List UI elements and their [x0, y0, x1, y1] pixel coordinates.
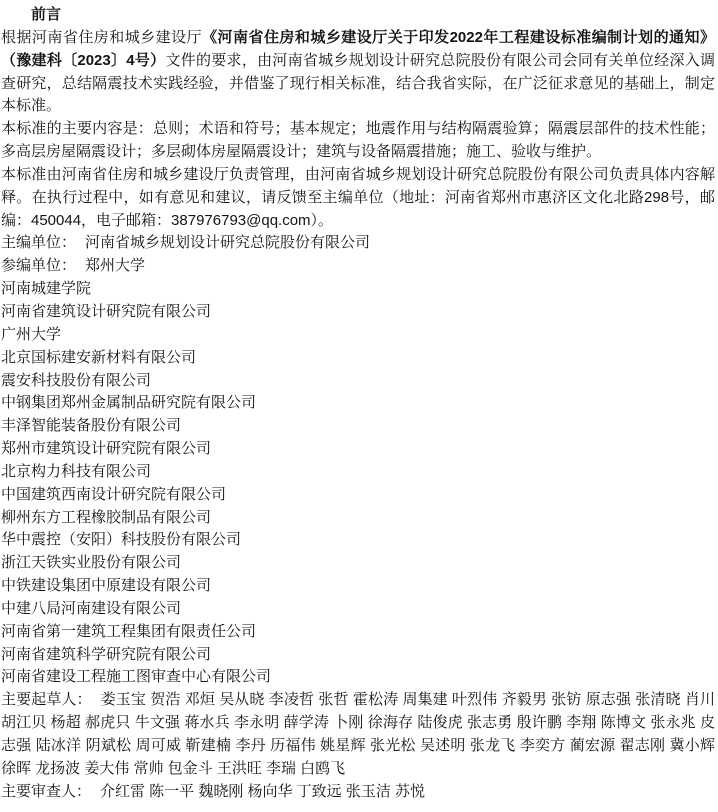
reviewers-label: 主要审查人：: [1, 783, 91, 800]
participating-unit-line: 浙江天铁实业股份有限公司: [1, 552, 715, 575]
chief-editor-unit-line: 主编单位：河南省城乡规划设计研究总院股份有限公司: [1, 232, 715, 255]
participating-unit-line: 河南城建学院: [1, 278, 715, 301]
paragraph-notice-pre: 根据河南省住房和城乡建设厅: [1, 29, 202, 46]
participating-unit-line: 震安科技股份有限公司: [1, 370, 715, 393]
participating-unit-line: 北京构力科技有限公司: [1, 461, 715, 484]
participating-unit-line: 郑州市建筑设计研究院有限公司: [1, 438, 715, 461]
participating-unit-line: 中国建筑西南设计研究院有限公司: [1, 484, 715, 507]
participating-unit-line: 中铁建设集团中原建设有限公司: [1, 575, 715, 598]
paragraph-contents: 本标准的主要内容是：总则；术语和符号；基本规定；地震作用与结构隔震验算；隔震层部…: [1, 118, 715, 164]
participating-unit-line: 丰泽智能装备股份有限公司: [1, 415, 715, 438]
participating-unit-line: 柳州东方工程橡胶制品有限公司: [1, 507, 715, 530]
reviewers-names: 介红雷 陈一平 魏晓刚 杨向华 丁致远 张玉洁 苏悦: [100, 783, 425, 800]
chief-editor-unit-label: 主编单位：: [1, 234, 76, 251]
drafters-label: 主要起草人：: [1, 691, 92, 708]
participating-units-first-value: 郑州大学: [85, 257, 145, 274]
paragraph-notice: 根据河南省住房和城乡建设厅《河南省住房和城乡建设厅关于印发2022年工程建设标准…: [1, 27, 715, 118]
participating-units-list: 河南城建学院河南省建筑设计研究院有限公司广州大学北京国标建安新材料有限公司震安科…: [1, 278, 715, 689]
participating-unit-line: 北京国标建安新材料有限公司: [1, 347, 715, 370]
participating-units-head-line: 参编单位：郑州大学: [1, 255, 715, 278]
reviewers-line: 主要审查人：介红雷 陈一平 魏晓刚 杨向华 丁致远 张玉洁 苏悦: [1, 781, 715, 804]
participating-unit-line: 中建八局河南建设有限公司: [1, 598, 715, 621]
participating-unit-line: 中钢集团郑州金属制品研究院有限公司: [1, 392, 715, 415]
paragraph-management: 本标准由河南省住房和城乡建设厅负责管理，由河南省城乡规划设计研究总院股份有限公司…: [1, 164, 715, 233]
participating-unit-line: 河南省建筑设计研究院有限公司: [1, 301, 715, 324]
participating-unit-line: 广州大学: [1, 324, 715, 347]
drafters-line: 主要起草人：娄玉宝 贺浩 邓烜 吴从晓 李凌哲 张哲 霍松涛 周集建 叶烈伟 齐…: [1, 689, 715, 780]
participating-unit-line: 河南省建设工程施工图审查中心有限公司: [1, 666, 715, 689]
participating-unit-line: 华中震控（安阳）科技股份有限公司: [1, 529, 715, 552]
drafters-names: 娄玉宝 贺浩 邓烜 吴从晓 李凌哲 张哲 霍松涛 周集建 叶烈伟 齐毅男 张钫 …: [1, 691, 715, 777]
document-heading: 前言: [1, 4, 715, 27]
chief-editor-unit-value: 河南省城乡规划设计研究总院股份有限公司: [85, 234, 370, 251]
document-page: 前言 根据河南省住房和城乡建设厅《河南省住房和城乡建设厅关于印发2022年工程建…: [0, 0, 716, 812]
participating-unit-line: 河南省建筑科学研究院有限公司: [1, 644, 715, 667]
participating-units-label: 参编单位：: [1, 257, 76, 274]
participating-unit-line: 河南省第一建筑工程集团有限责任公司: [1, 621, 715, 644]
